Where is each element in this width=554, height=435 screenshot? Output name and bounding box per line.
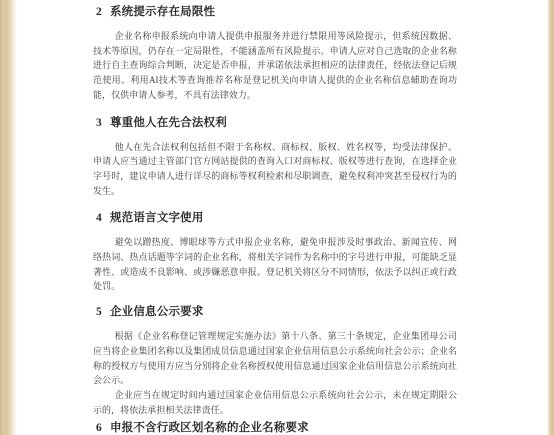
section-5-paragraph-1: 根据《企业名称登记管理规定实施办法》第十八条、第三十条规定，企业集团母公司应当将… [93, 329, 457, 388]
section-2-paragraph: 企业名称申报系统向申请人提供申报服务并进行禁限用等风险提示，但系统因数据、技术等… [93, 29, 457, 103]
section-6-title: 申报不含行政区划名称的企业名称要求 [110, 422, 309, 435]
section-3-heading: 3 尊重他人在先合法权利 [93, 117, 457, 130]
section-4-paragraph: 避免以蹭热度、博眼球等方式申报企业名称，避免申报涉及时事政治、新闻宣传、网络热词… [93, 235, 457, 294]
section-2: 2 系统提示存在局限性 企业名称申报系统向申请人提供申报服务并进行禁限用等风险提… [93, 6, 457, 103]
section-5-heading: 5 企业信息公示要求 [93, 306, 457, 319]
section-4-title: 规范语言文字使用 [110, 212, 204, 225]
section-2-title: 系统提示存在局限性 [110, 6, 215, 19]
section-3-number: 3 [96, 117, 102, 130]
section-4-number: 4 [96, 212, 102, 225]
document-page: 2 系统提示存在局限性 企业名称申报系统向申请人提供申报服务并进行禁限用等风险提… [0, 0, 554, 435]
section-6-number: 6 [96, 422, 102, 435]
section-5-number: 5 [96, 306, 102, 319]
section-3-paragraph: 他人在先合法权利包括但不限于名称权、商标权、版权、姓名权等，均受法律保护。申请人… [93, 140, 457, 199]
section-3-title: 尊重他人在先合法权利 [110, 117, 227, 130]
page-left-edge-strip [0, 0, 17, 435]
section-2-number: 2 [96, 6, 102, 19]
section-5: 5 企业信息公示要求 根据《企业名称登记管理规定实施办法》第十八条、第三十条规定… [93, 306, 457, 417]
section-4: 4 规范语言文字使用 避免以蹭热度、博眼球等方式申报企业名称，避免申报涉及时事政… [93, 212, 457, 294]
section-5-paragraph-2: 企业应当在规定时间内通过国家企业信用信息公示系统向社会公示，未在规定期限公示的，… [93, 388, 457, 417]
section-6-heading: 6 申报不含行政区划名称的企业名称要求 [93, 422, 457, 435]
page-right-edge-strip [547, 0, 554, 435]
section-3: 3 尊重他人在先合法权利 他人在先合法权利包括但不限于名称权、商标权、版权、姓名… [93, 117, 457, 199]
document-content: 2 系统提示存在局限性 企业名称申报系统向申请人提供申报服务并进行禁限用等风险提… [93, 0, 457, 435]
section-2-heading: 2 系统提示存在局限性 [93, 6, 457, 19]
section-5-title: 企业信息公示要求 [110, 306, 204, 319]
section-4-heading: 4 规范语言文字使用 [93, 212, 457, 225]
section-6: 6 申报不含行政区划名称的企业名称要求 [93, 422, 457, 435]
